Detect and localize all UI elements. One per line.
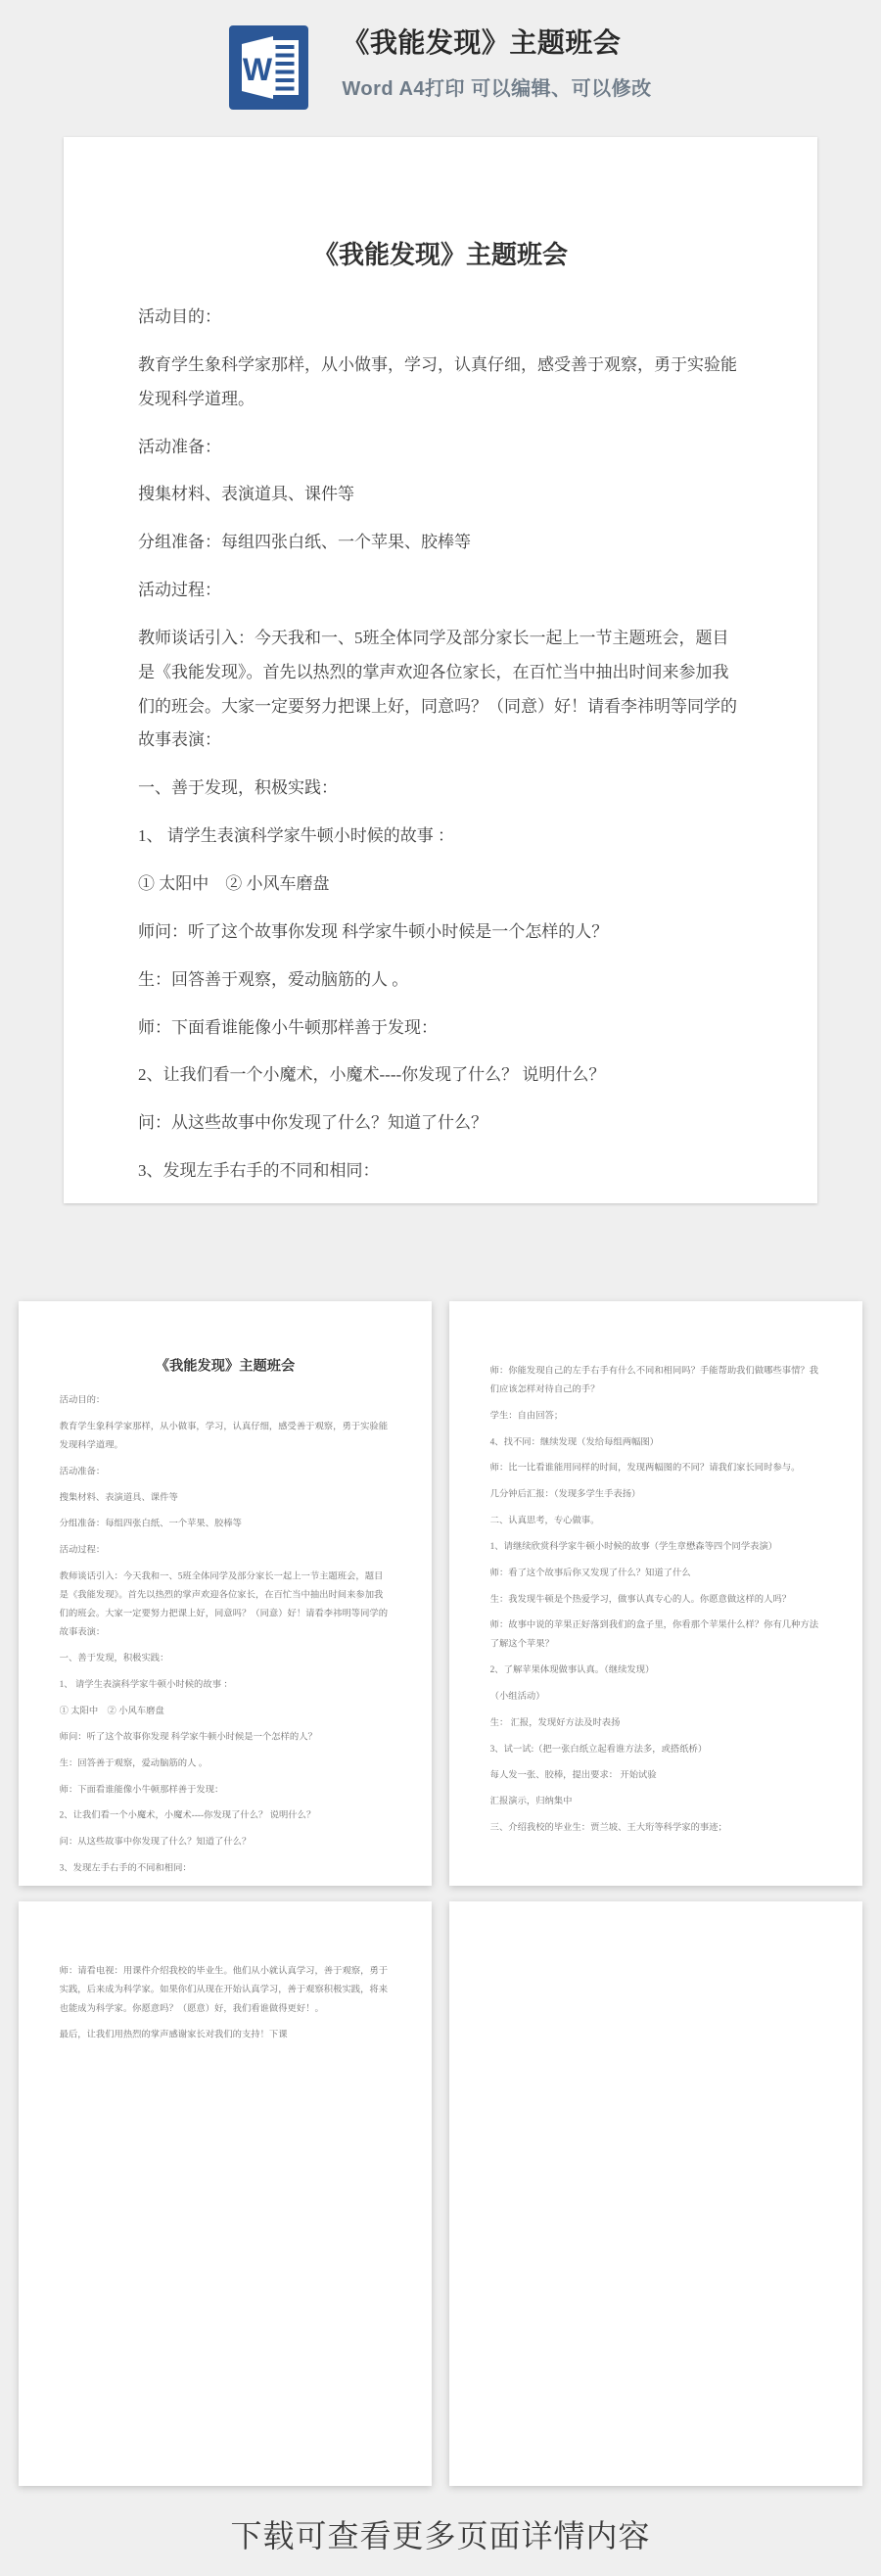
doc-paragraph: 生：我发现牛顿是个热爱学习，做事认真专心的人。你愿意做这样的人吗？: [490, 1590, 822, 1609]
doc-paragraph: 学生：自由回答；: [490, 1406, 822, 1425]
doc-paragraph: 3、发现左手右手的不同和相同：: [138, 1154, 743, 1189]
word-file-icon: W: [229, 25, 308, 110]
doc-paragraph: 活动目的：: [60, 1391, 392, 1410]
doc-paragraph: 师：故事中说的苹果正好落到我们的盒子里，你看那个苹果什么样？你有几种方法了解这个…: [490, 1616, 822, 1653]
doc-paragraph: （小组活动）: [490, 1687, 822, 1706]
doc-paragraph: 3、试一试:（把一张白纸立起看谁方法多，或搭纸桥）: [490, 1740, 822, 1758]
doc-paragraph: 教育学生象科学家那样，从小做事，学习，认真仔细，感受善于观察，勇于实验能发现科学…: [138, 349, 743, 417]
doc-paragraph: 几分钟后汇报：（发现多学生手表扬）: [490, 1485, 822, 1504]
doc-paragraph: 师：看了这个故事后你又发现了什么？知道了什么: [490, 1564, 822, 1582]
doc-paragraph: 教育学生象科学家那样，从小做事，学习，认真仔细，感受善于观察，勇于实验能发现科学…: [60, 1417, 392, 1454]
doc-paragraph: 生：回答善于观察，爱动脑筋的人 。: [60, 1754, 392, 1772]
doc-paragraph: 1、 请学生表演科学家牛顿小时候的故事 ：: [60, 1675, 392, 1694]
doc-paragraph: 2、了解苹果体现做事认真。（继续发现）: [490, 1661, 822, 1679]
doc-paragraph: 最后，让我们用热烈的掌声感谢家长对我们的支持！下课: [60, 2025, 392, 2043]
thumbnail-page-3[interactable]: 师：请看电视：用课件介绍我校的毕业生。他们从小就认真学习，善于观察，勇于实践，后…: [19, 1901, 432, 2486]
thumbnail-page-3-content: 师：请看电视：用课件介绍我校的毕业生。他们从小就认真学习，善于观察，勇于实践，后…: [19, 1901, 432, 2486]
word-icon-letter: W: [243, 52, 273, 87]
page-2-body: 师：你能发现自己的左手右手有什么不同和相同吗？手能帮助我们做哪些事情？我们应该怎…: [490, 1361, 822, 1837]
doc-paragraph: 师：下面看谁能像小牛顿那样善于发现：: [138, 1011, 743, 1046]
doc-paragraph: 问：从这些故事中你发现了什么？知道了什么？: [138, 1106, 743, 1141]
doc-paragraph: 4、找不同：继续发现（发给每组两幅图）: [490, 1432, 822, 1451]
doc-paragraph: 问：从这些故事中你发现了什么？知道了什么？: [60, 1833, 392, 1851]
doc-paragraph: 师问：听了这个故事你发现 科学家牛顿小时候是一个怎样的人？: [138, 915, 743, 950]
doc-paragraph: 师：下面看谁能像小牛顿那样善于发现：: [60, 1780, 392, 1799]
page-1-body-small: 活动目的：教育学生象科学家那样，从小做事，学习，认真仔细，感受善于观察，勇于实验…: [60, 1391, 392, 1878]
doc-paragraph: 汇报演示，归纳集中: [490, 1792, 822, 1810]
doc-paragraph: 活动准备：: [60, 1462, 392, 1480]
doc-paragraph: ① 太阳中 ② 小风车磨盘: [60, 1702, 392, 1720]
doc-paragraph: 生： 汇报，发现好方法及时表扬: [490, 1713, 822, 1732]
page-1-body: 活动目的：教育学生象科学家那样，从小做事，学习，认真仔细，感受善于观察，勇于实验…: [138, 301, 743, 1189]
main-document-page: 《我能发现》主题班会 活动目的：教育学生象科学家那样，从小做事，学习，认真仔细，…: [64, 137, 817, 1203]
thumbnail-page-1-content: 《我能发现》主题班会 活动目的：教育学生象科学家那样，从小做事，学习，认真仔细，…: [19, 1301, 432, 1886]
doc-paragraph: 教师谈话引入：今天我和一、5班全体同学及部分家长一起上一节主题班会，题目是《我能…: [60, 1567, 392, 1641]
doc-paragraph: 一、善于发现，积极实践：: [60, 1649, 392, 1667]
doc-paragraph: 分组准备：每组四张白纸、一个苹果、胶棒等: [138, 526, 743, 560]
thumbnail-page-2[interactable]: 师：你能发现自己的左手右手有什么不同和相同吗？手能帮助我们做哪些事情？我们应该怎…: [449, 1301, 862, 1886]
doc-paragraph: 1、请继续欣赏科学家牛顿小时候的故事（学生章懋森等四个同学表演）: [490, 1537, 822, 1556]
file-format-note: Word A4打印 可以编辑、可以修改: [342, 72, 651, 101]
file-title: 《我能发现》主题班会: [342, 27, 651, 59]
doc-paragraph: ① 太阳中 ② 小风车磨盘: [138, 867, 743, 902]
footer: 下载可查看更多页面详情内容: [0, 2511, 881, 2556]
header-text: 《我能发现》主题班会 Word A4打印 可以编辑、可以修改: [342, 25, 651, 101]
doc-paragraph: 搜集材料、表演道具、课件等: [138, 478, 743, 512]
doc-paragraph: 活动准备：: [138, 431, 743, 465]
thumbnail-page-2-content: 师：你能发现自己的左手右手有什么不同和相同吗？手能帮助我们做哪些事情？我们应该怎…: [449, 1301, 862, 1886]
page-3-body: 师：请看电视：用课件介绍我校的毕业生。他们从小就认真学习，善于观察，勇于实践，后…: [60, 1961, 392, 2043]
doc-paragraph: 活动过程：: [60, 1540, 392, 1559]
doc-paragraph: 师：请看电视：用课件介绍我校的毕业生。他们从小就认真学习，善于观察，勇于实践，后…: [60, 1961, 392, 2017]
doc-paragraph: 搜集材料、表演道具、课件等: [60, 1488, 392, 1507]
document-title-small: 《我能发现》主题班会: [60, 1301, 392, 1375]
thumbnail-page-4-content: [449, 1901, 862, 2486]
document-title: 《我能发现》主题班会: [138, 137, 743, 271]
thumbnail-page-1[interactable]: 《我能发现》主题班会 活动目的：教育学生象科学家那样，从小做事，学习，认真仔细，…: [19, 1301, 432, 1886]
doc-paragraph: 2、让我们看一个小魔术，小魔术----你发现了什么？ 说明什么？: [60, 1806, 392, 1825]
doc-paragraph: 二、认真思考，专心做事。: [490, 1511, 822, 1529]
page-thumbnails: 《我能发现》主题班会 活动目的：教育学生象科学家那样，从小做事，学习，认真仔细，…: [19, 1301, 862, 2486]
doc-paragraph: 活动过程：: [138, 574, 743, 608]
doc-paragraph: 师：比一比看谁能用同样的时间，发现两幅图的不同？请我们家长同时参与。: [490, 1459, 822, 1477]
doc-paragraph: 活动目的：: [138, 301, 743, 335]
header: W 《我能发现》主题班会 Word A4打印 可以编辑、可以修改: [0, 0, 881, 110]
doc-paragraph: 教师谈话引入：今天我和一、5班全体同学及部分家长一起上一节主题班会，题目是《我能…: [138, 622, 743, 758]
doc-paragraph: 三、介绍我校的毕业生：贾兰坡、王大珩等科学家的事迹；: [490, 1818, 822, 1837]
doc-paragraph: 2、让我们看一个小魔术，小魔术----你发现了什么？ 说明什么？: [138, 1058, 743, 1093]
doc-paragraph: 3、发现左手右手的不同和相同：: [60, 1858, 392, 1877]
doc-paragraph: 师问：听了这个故事你发现 科学家牛顿小时候是一个怎样的人？: [60, 1728, 392, 1747]
doc-paragraph: 一、善于发现，积极实践：: [138, 772, 743, 806]
doc-paragraph: 师：你能发现自己的左手右手有什么不同和相同吗？手能帮助我们做哪些事情？我们应该怎…: [490, 1361, 822, 1398]
footer-note: 下载可查看更多页面详情内容: [0, 2511, 881, 2556]
thumbnail-page-4[interactable]: [449, 1901, 862, 2486]
doc-paragraph: 分组准备：每组四张白纸、一个苹果、胶棒等: [60, 1515, 392, 1533]
doc-paragraph: 生：回答善于观察，爱动脑筋的人 。: [138, 963, 743, 998]
doc-paragraph: 1、 请学生表演科学家牛顿小时候的故事 ：: [138, 820, 743, 854]
doc-paragraph: 每人发一张、胶棒，提出要求： 开始试验: [490, 1765, 822, 1784]
